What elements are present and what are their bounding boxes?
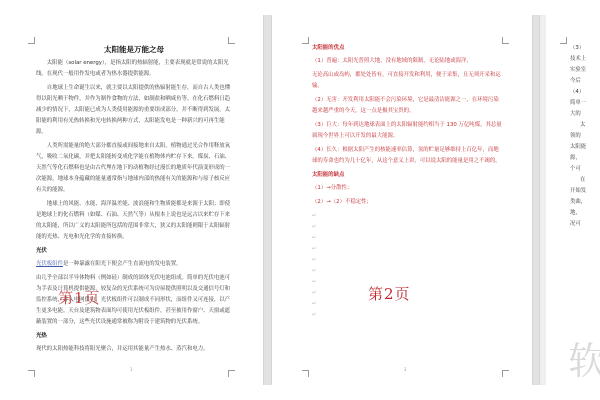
paragraph: 光伏板组件是一种暴露在阳光下便会产生直流电的发电装置。	[36, 259, 232, 270]
margin-corner-mark	[560, 37, 567, 44]
watermark: 软	[568, 330, 600, 385]
page-1[interactable]: 太阳能是万能之母 太阳能（solar energy），是指太阳的热辐射能，主要表…	[0, 15, 263, 385]
page-2[interactable]: 太阳能的优点 （1）普遍：太阳光普照大地，没有地域的限制，无论陆地或海洋， 无论…	[272, 15, 532, 385]
page-separator	[532, 15, 540, 385]
page-separator	[263, 15, 272, 385]
section-heading-heat: 光热	[36, 331, 232, 342]
disadvantage-item: （1）→分散性；	[312, 183, 502, 194]
margin-corner-mark	[302, 37, 309, 44]
paragraph: 太阳能（solar energy），是指太阳的热辐射能，主要表现就是常说的太阳光…	[36, 58, 232, 80]
pv-link[interactable]: 光伏板组件	[36, 261, 63, 267]
disadvantages-heading: 太阳能的缺点	[312, 170, 502, 181]
paragraph-mark: ↵	[312, 244, 502, 255]
paragraph-mark: ↵	[312, 310, 502, 321]
page-number: 1	[130, 367, 133, 372]
page-label-stamp: 第1页	[58, 287, 101, 308]
advantage-item: （2）无害：开发利用太阳能不会污染环境，它是最清洁能源之一，在环境污染越来越严重…	[312, 95, 502, 117]
margin-corner-mark	[502, 37, 509, 44]
page-2-body[interactable]: 太阳能的优点 （1）普遍：太阳光普照大地，没有地域的限制，无论陆地或海洋， 无论…	[312, 43, 502, 321]
advantages-heading: 太阳能的优点	[312, 43, 502, 54]
margin-corner-mark	[28, 37, 35, 44]
page-3-body: （3） 技术上 实验室 今后 （4） 简单一 大的 太 领的 太阳能 源， 个可…	[570, 43, 600, 230]
margin-corner-mark	[228, 370, 235, 377]
paragraph: 地球上的风能、水能、海洋温差能、波浪能和生物质能都是来源于太阳；即使是地球上的化…	[36, 199, 232, 243]
paragraph-mark: ↵	[312, 233, 502, 244]
page-label-stamp: 第2页	[368, 283, 411, 304]
disadvantage-item: （2）→（2）不稳定性；	[312, 197, 502, 208]
advantage-item: （1）普遍：太阳光普照大地，没有地域的限制，无论陆地或海洋，	[312, 56, 502, 67]
section-heading-pv: 光伏	[36, 246, 232, 257]
paragraph-mark: ↵	[312, 255, 502, 266]
paragraph: 自地球上生命诞生以来，就主要以太阳提供的热辐射能生存，而自古人类也懂得以阳光晒干…	[36, 83, 232, 138]
advantage-item: （4）长久：根据太阳产生的核能速率估算，氢的贮量足够维持上百亿年，而地球的寿命也…	[312, 145, 502, 167]
page-1-body[interactable]: 太阳能是万能之母 太阳能（solar energy），是指太阳的热辐射能，主要表…	[36, 43, 232, 358]
margin-corner-mark	[302, 370, 309, 377]
document-view: 太阳能是万能之母 太阳能（solar energy），是指太阳的热辐射能，主要表…	[0, 0, 600, 400]
margin-corner-mark	[502, 370, 509, 377]
paragraph-mark: ↵	[312, 222, 502, 233]
page-separator	[540, 15, 546, 385]
advantage-item: （3）巨大：每年到达地球表面上的太阳辐射能约相当于 130 万亿吨煤，其总量属现…	[312, 120, 502, 142]
document-title: 太阳能是万能之母	[36, 43, 232, 57]
paragraph-mark: ↵	[312, 211, 502, 222]
paragraph: 现代的太阳热能科技将阳光聚合，并运用其能量产生热水、蒸汽和电力。	[36, 344, 232, 355]
page-number: 2	[404, 367, 407, 372]
margin-corner-mark	[28, 370, 35, 377]
advantage-item: 无论高山或岛屿，都处处皆有，可直接开发和利用，便于采集，且无须开采和运输。	[312, 70, 502, 92]
paragraph: 人类所需能量的绝大部分都直接或间接地来自太阳。植物通过光合作用释放氧气，吸收二氧…	[36, 141, 232, 196]
paragraph-mark: ↵	[312, 266, 502, 277]
